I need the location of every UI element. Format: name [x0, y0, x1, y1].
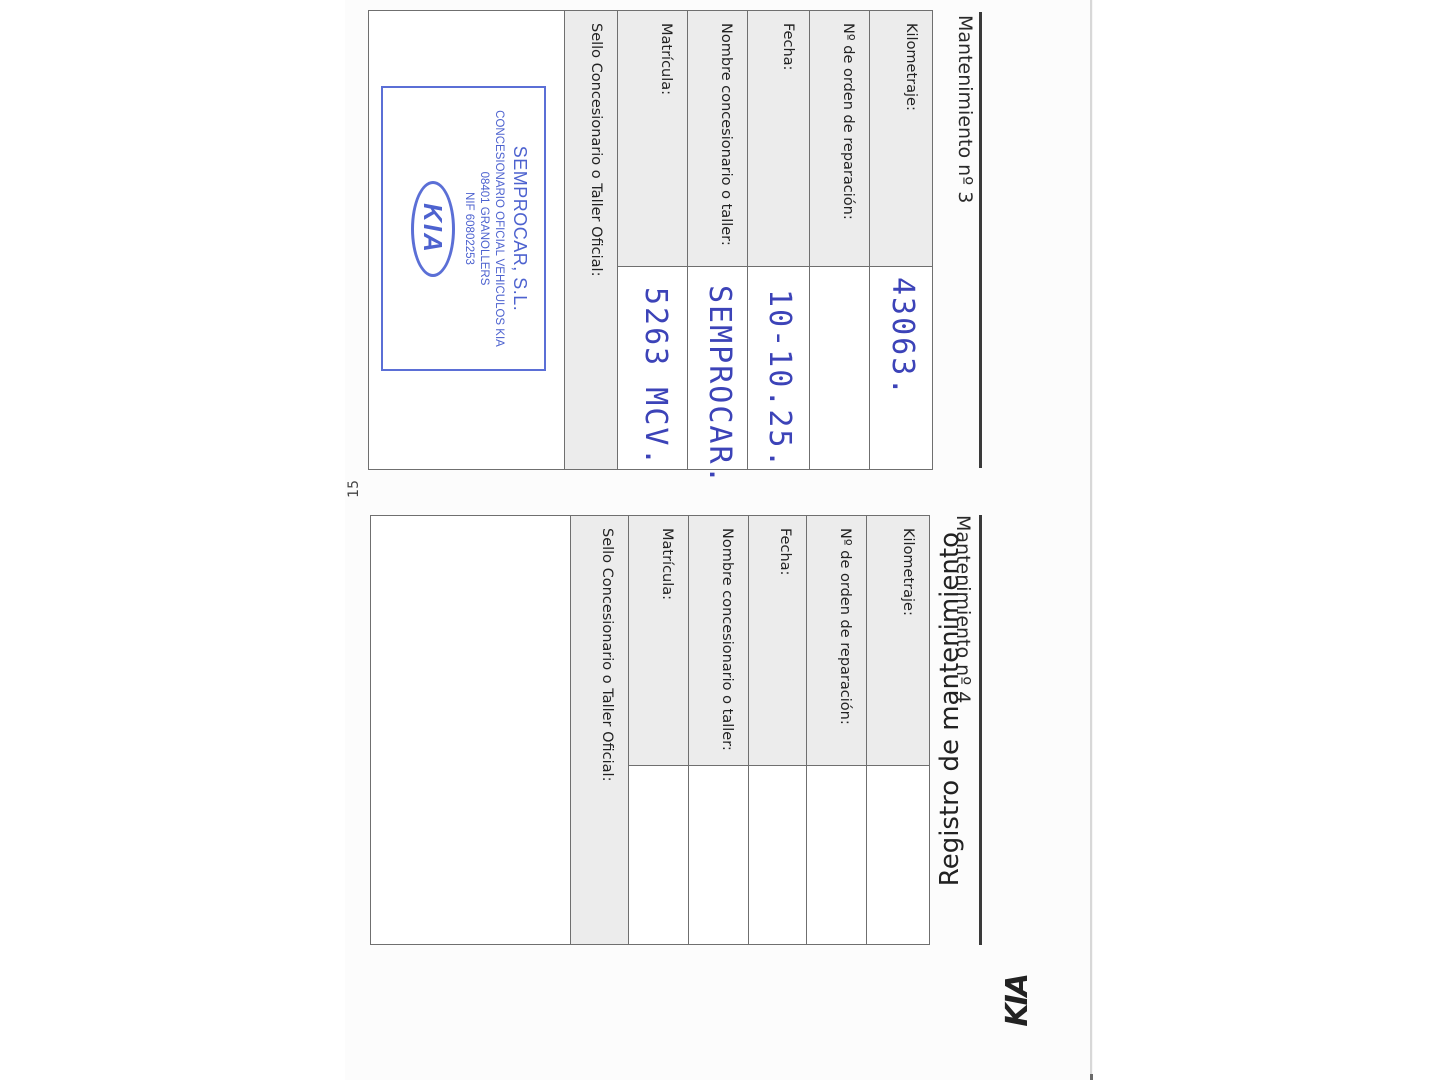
- section-heading: Registro de mantenimiento: [935, 532, 965, 886]
- matricula-field[interactable]: [629, 766, 688, 944]
- record-4-row-nombre: Nombre concesionario o taller:: [688, 516, 748, 944]
- record-3-table: Kilometraje: 43063. Nº de orden de repar…: [368, 10, 933, 470]
- fecha-field[interactable]: 10-10.25.: [748, 267, 809, 469]
- handwritten-value: 5263 MCV.: [638, 287, 673, 468]
- handwritten-value: 43063.: [885, 277, 920, 397]
- field-label: Sello Concesionario o Taller Oficial:: [571, 516, 628, 944]
- kia-stamp-logo-icon: KIA: [411, 181, 455, 277]
- page-number: 15: [346, 480, 362, 498]
- record-3-row-kilometraje: Kilometraje: 43063.: [869, 11, 932, 469]
- handwritten-value: SEMPROCAR.: [702, 285, 737, 486]
- dealer-stamp: SEMPROCAR, S.L. CONCESIONARIO OFICIAL VE…: [381, 86, 546, 371]
- record-3-row-orden: Nº de orden de reparación:: [809, 11, 869, 469]
- record-3-row-matricula: Matrícula: 5263 MCV.: [617, 11, 687, 469]
- record-4-row-kilometraje: Kilometraje:: [866, 516, 929, 944]
- record-4-row-orden: Nº de orden de reparación:: [806, 516, 866, 944]
- record-4-table: Kilometraje: Nº de orden de reparación: …: [370, 515, 930, 945]
- stamp-subtitle: CONCESIONARIO OFICIAL VEHICULOS KIA: [493, 88, 505, 369]
- record-3-row-nombre: Nombre concesionario o taller: SEMPROCAR…: [687, 11, 747, 469]
- record-4-row-matricula: Matrícula:: [628, 516, 688, 944]
- field-label: Kilometraje:: [870, 11, 932, 267]
- field-label: Matrícula:: [629, 516, 688, 766]
- kia-logo-icon: KIA: [1000, 975, 1035, 1027]
- stamp-company: SEMPROCAR, S.L.: [509, 88, 530, 369]
- field-label: Fecha:: [749, 516, 806, 766]
- record-4-row-sello: Sello Concesionario o Taller Oficial:: [570, 516, 628, 944]
- record-3-row-sello: Sello Concesionario o Taller Oficial:: [564, 11, 617, 469]
- stamp-area[interactable]: SEMPROCAR, S.L. CONCESIONARIO OFICIAL VE…: [369, 11, 564, 469]
- nombre-concesionario-field[interactable]: SEMPROCAR.: [688, 267, 747, 469]
- record-4-rule: [979, 515, 982, 945]
- fecha-field[interactable]: [749, 766, 806, 944]
- matricula-field[interactable]: 5263 MCV.: [618, 267, 687, 469]
- orden-reparacion-field[interactable]: [807, 766, 866, 944]
- field-label: Matrícula:: [618, 11, 687, 267]
- kilometraje-field[interactable]: [867, 766, 929, 944]
- record-3-rule: [979, 12, 982, 468]
- field-label: Fecha:: [748, 11, 809, 267]
- field-label: Kilometraje:: [867, 516, 929, 766]
- handwritten-value: 10-10.25.: [762, 289, 797, 470]
- record-3-row-fecha: Fecha: 10-10.25.: [747, 11, 809, 469]
- field-label: Nº de orden de reparación:: [807, 516, 866, 766]
- nombre-concesionario-field[interactable]: [689, 766, 748, 944]
- field-label: Nombre concesionario o taller:: [688, 11, 747, 267]
- orden-reparacion-field[interactable]: [810, 267, 869, 469]
- stamp-area[interactable]: [371, 516, 570, 944]
- record-3-title: Mantenimiento nº 3: [954, 15, 976, 203]
- document-page: Mantenimiento nº 3 Kilometraje: 43063. N…: [345, 0, 1090, 1080]
- stamp-nif: NIF 60802253: [463, 88, 475, 369]
- record-4-row-fecha: Fecha:: [748, 516, 806, 944]
- stamp-address: 08401 GRANOLLERS: [478, 88, 490, 369]
- field-label: Nº de orden de reparación:: [810, 11, 869, 267]
- kilometraje-field[interactable]: 43063.: [870, 267, 932, 469]
- field-label: Sello Concesionario o Taller Oficial:: [565, 11, 617, 469]
- field-label: Nombre concesionario o taller:: [689, 516, 748, 766]
